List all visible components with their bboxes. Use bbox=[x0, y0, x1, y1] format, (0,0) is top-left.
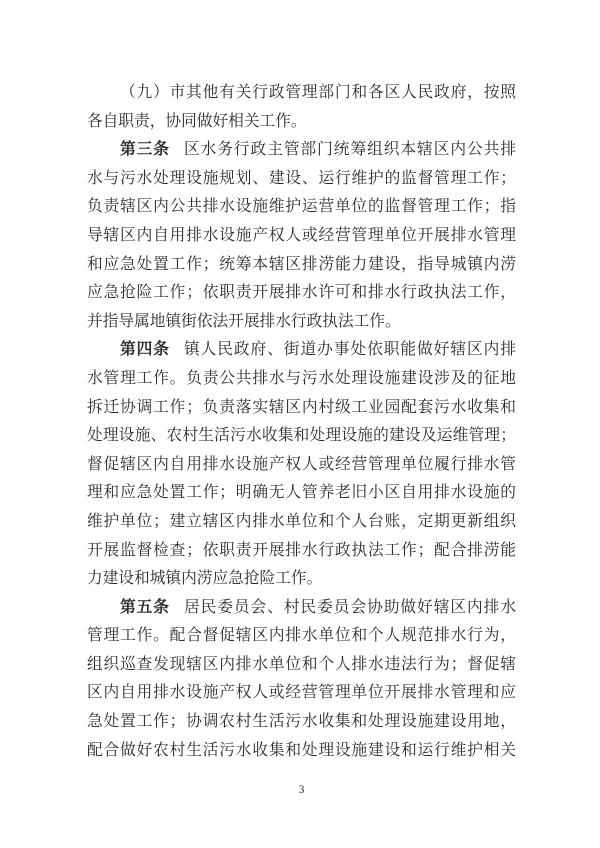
text-line: 急处置工作；协调农村生活污水收集和处理设施建设用地， bbox=[87, 708, 516, 737]
paragraph-article-3: 第三条区水务行政主管部门统筹组织本辖区内公共排 水与污水处理设施规划、建设、运行… bbox=[87, 136, 516, 336]
text-line: 并指导属地镇街依法开展排水行政执法工作。 bbox=[87, 308, 516, 337]
paragraph-clause-9: （九）市其他有关行政管理部门和各区人民政府，按照 各自职责，协同做好相关工作。 bbox=[87, 79, 516, 136]
text-line: （九）市其他有关行政管理部门和各区人民政府，按照 bbox=[87, 79, 516, 108]
text-line: 应急抢险工作；依职责开展排水许可和排水行政执法工作， bbox=[87, 279, 516, 308]
text-line: 理和应急处置工作；明确无人管养老旧小区自用排水设施的 bbox=[87, 479, 516, 508]
text-line: 配合做好农村生活污水收集和处理设施建设和运行维护相关 bbox=[87, 737, 516, 766]
text-line: 督促辖区内自用排水设施产权人或经营管理单位履行排水管 bbox=[87, 451, 516, 480]
text-line: 水管理工作。负责公共排水与污水处理设施建设涉及的征地 bbox=[87, 365, 516, 394]
article-number-label: 第三条 bbox=[120, 141, 170, 158]
document-body: （九）市其他有关行政管理部门和各区人民政府，按照 各自职责，协同做好相关工作。 … bbox=[87, 79, 516, 765]
text-line: 第五条居民委员会、村民委员会协助做好辖区内排水 bbox=[87, 594, 516, 623]
text-line: 各自职责，协同做好相关工作。 bbox=[87, 108, 516, 137]
text-line: 处理设施、农村生活污水收集和处理设施的建设及运维管理； bbox=[87, 422, 516, 451]
text-line: 和应急处置工作；统筹本辖区排涝能力建设，指导城镇内涝 bbox=[87, 251, 516, 280]
text-line: 导辖区内自用排水设施产权人或经营管理单位开展排水管理 bbox=[87, 222, 516, 251]
article-number-label: 第四条 bbox=[120, 341, 170, 358]
text-line: 水与污水处理设施规划、建设、运行维护的监督管理工作； bbox=[87, 165, 516, 194]
paragraph-article-5: 第五条居民委员会、村民委员会协助做好辖区内排水 管理工作。配合督促辖区内排水单位… bbox=[87, 594, 516, 766]
text-line: 维护单位；建立辖区内排水单位和个人台账，定期更新组织 bbox=[87, 508, 516, 537]
text-run: 居民委员会、村民委员会协助做好辖区内排水 bbox=[184, 599, 516, 616]
document-page: （九）市其他有关行政管理部门和各区人民政府，按照 各自职责，协同做好相关工作。 … bbox=[0, 0, 600, 848]
text-line: 第四条镇人民政府、街道办事处依职能做好辖区内排 bbox=[87, 336, 516, 365]
text-line: 力建设和城镇内涝应急抢险工作。 bbox=[87, 565, 516, 594]
text-line: 管理工作。配合督促辖区内排水单位和个人规范排水行为， bbox=[87, 622, 516, 651]
text-line: 组织巡查发现辖区内排水单位和个人排水违法行为；督促辖 bbox=[87, 651, 516, 680]
paragraph-article-4: 第四条镇人民政府、街道办事处依职能做好辖区内排 水管理工作。负责公共排水与污水处… bbox=[87, 336, 516, 593]
text-line: 负责辖区内公共排水设施维护运营单位的监督管理工作；指 bbox=[87, 193, 516, 222]
text-line: 第三条区水务行政主管部门统筹组织本辖区内公共排 bbox=[87, 136, 516, 165]
article-number-label: 第五条 bbox=[120, 599, 170, 616]
text-run: 镇人民政府、街道办事处依职能做好辖区内排 bbox=[184, 341, 516, 358]
page-number: 3 bbox=[87, 782, 516, 796]
text-line: 区内自用排水设施产权人或经营管理单位开展排水管理和应 bbox=[87, 679, 516, 708]
text-line: 开展监督检查；依职责开展排水行政执法工作；配合排涝能 bbox=[87, 537, 516, 566]
text-run: 区水务行政主管部门统筹组织本辖区内公共排 bbox=[184, 141, 516, 158]
text-line: 拆迁协调工作；负责落实辖区内村级工业园配套污水收集和 bbox=[87, 394, 516, 423]
